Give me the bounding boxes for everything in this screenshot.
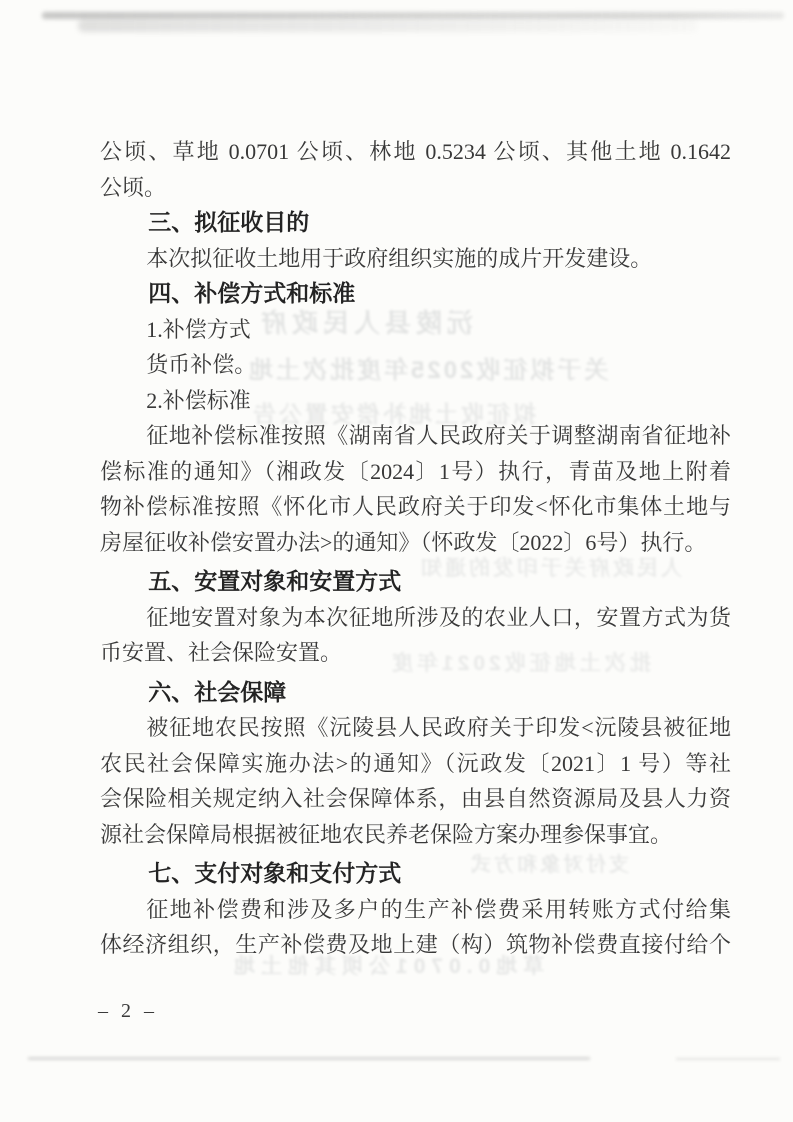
section-heading-four: 四、补偿方式和标准 xyxy=(100,276,731,312)
section-heading-six: 六、社会保障 xyxy=(100,675,731,711)
scan-artifact-top-smudge xyxy=(78,19,698,32)
body-line: 被征地农民按照《沅陵县人民政府关于印发<沅陵县被征地 xyxy=(100,710,731,746)
body-line: 房屋征收补偿安置办法>的通知》（怀政发〔2022〕6号）执行。 xyxy=(100,525,731,561)
body-line: 征地安置对象为本次征地所涉及的农业人口，安置方式为货 xyxy=(100,600,731,636)
page-number: – 2 – xyxy=(98,1000,158,1023)
body-line: 币安置、社会保险安置。 xyxy=(100,635,731,671)
scan-artifact-top-streak xyxy=(42,12,784,19)
body-line: 征地补偿标准按照《湖南省人民政府关于调整湖南省征地补 xyxy=(100,418,731,454)
body-line: 源社会保障局根据被征地农民养老保险方案办理参保事宜。 xyxy=(100,817,731,853)
body-line: 物补偿标准按照《怀化市人民政府关于印发<怀化市集体土地与 xyxy=(100,489,731,525)
scan-artifact-bottom-line xyxy=(28,1057,590,1060)
section-heading-five: 五、安置对象和安置方式 xyxy=(100,564,731,600)
body-line: 货币补偿。 xyxy=(100,347,731,383)
section-heading-three: 三、拟征收目的 xyxy=(100,205,731,241)
body-line: 公顷、草地 0.0701 公顷、林地 0.5234 公顷、其他土地 0.1642 xyxy=(100,134,731,170)
body-line: 公顷。 xyxy=(100,170,731,206)
body-line: 会保险相关规定纳入社会保障体系，由县自然资源局及县人力资 xyxy=(100,781,731,817)
body-line: 体经济组织，生产补偿费及地上建（构）筑物补偿费直接付给个 xyxy=(100,927,731,963)
body-line: 征地补偿费和涉及多户的生产补偿费采用转账方式付给集 xyxy=(100,892,731,928)
scan-artifact-bottom-line xyxy=(676,1058,780,1060)
document-page: 沅陵县人民政府 关于拟征收2025年度批次土地 拟征收土地补偿安置公告 人民政府… xyxy=(0,0,793,1122)
body-line: 偿标准的通知》（湘政发〔2024〕1号）执行，青苗及地上附着 xyxy=(100,454,731,490)
section-heading-seven: 七、支付对象和支付方式 xyxy=(100,856,731,892)
subitem-line: 1.补偿方式 xyxy=(100,312,731,348)
document-body: 公顷、草地 0.0701 公顷、林地 0.5234 公顷、其他土地 0.1642… xyxy=(100,134,731,963)
subitem-line: 2.补偿标准 xyxy=(100,383,731,419)
body-line: 本次拟征收土地用于政府组织实施的成片开发建设。 xyxy=(100,241,731,277)
body-line: 农民社会保障实施办法>的通知》（沅政发〔2021〕1 号）等社 xyxy=(100,746,731,782)
